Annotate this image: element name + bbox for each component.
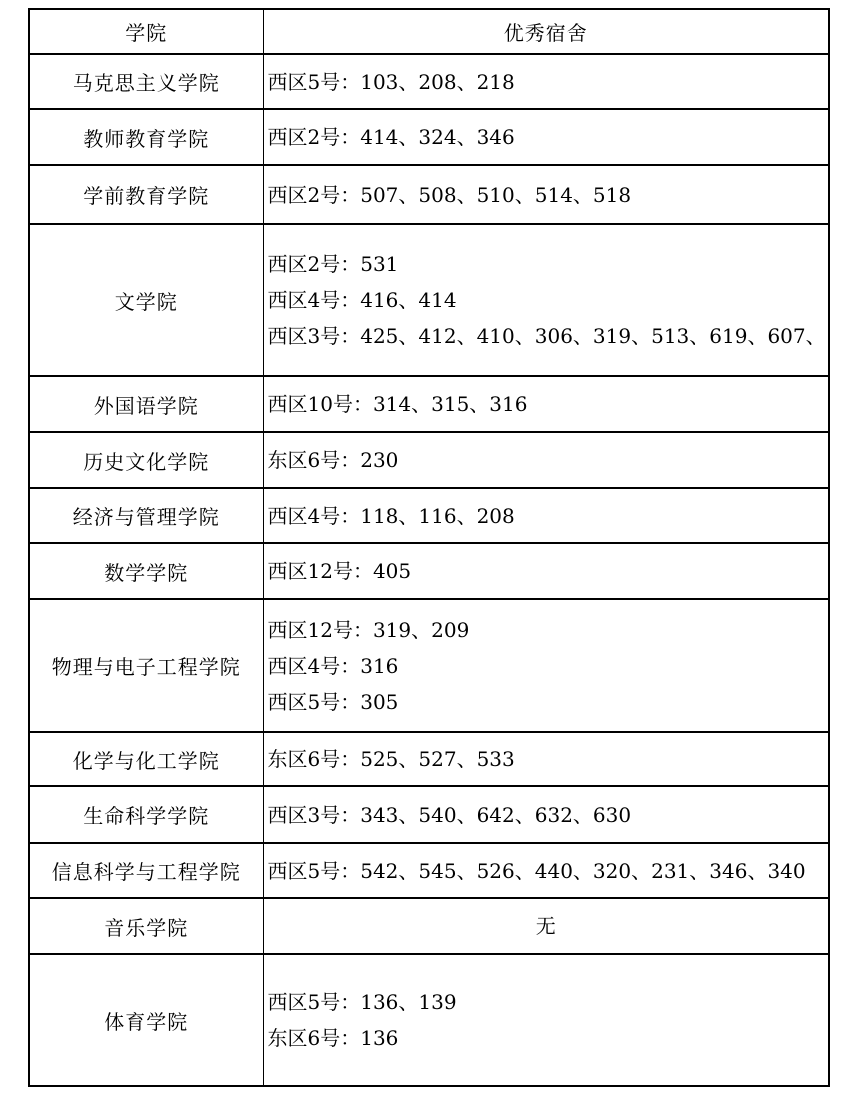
table-row: 教师教育学院西区2号：414、324、346 xyxy=(29,109,829,165)
dorm-cell: 西区2号：414、324、346 xyxy=(263,109,829,165)
college-cell: 马克思主义学院 xyxy=(29,54,263,109)
college-cell: 信息科学与工程学院 xyxy=(29,843,263,898)
dorm-cell: 无 xyxy=(263,898,829,954)
college-cell: 外国语学院 xyxy=(29,376,263,432)
table-row: 物理与电子工程学院西区12号：319、209西区4号：316西区5号：305 xyxy=(29,599,829,732)
dorm-cell: 西区5号：542、545、526、440、320、231、346、340 xyxy=(263,843,829,898)
dorm-column-header: 优秀宿舍 xyxy=(263,9,829,54)
dorm-cell: 西区3号：343、540、642、632、630 xyxy=(263,786,829,843)
table-row: 马克思主义学院西区5号：103、208、218 xyxy=(29,54,829,109)
college-cell: 文学院 xyxy=(29,224,263,376)
dorm-line: 西区4号：118、116、208 xyxy=(268,498,829,534)
dorm-cell: 东区6号：230 xyxy=(263,432,829,488)
college-cell: 化学与化工学院 xyxy=(29,732,263,786)
table-row: 外国语学院西区10号：314、315、316 xyxy=(29,376,829,432)
dorm-line: 西区5号：103、208、218 xyxy=(268,64,829,100)
dorm-line: 西区5号：305 xyxy=(268,684,829,720)
table-row: 生命科学学院西区3号：343、540、642、632、630 xyxy=(29,786,829,843)
table-row: 经济与管理学院西区4号：118、116、208 xyxy=(29,488,829,543)
dorm-cell: 西区4号：118、116、208 xyxy=(263,488,829,543)
dorm-cell: 西区5号：136、139东区6号：136 xyxy=(263,954,829,1086)
dorm-cell: 西区12号：319、209西区4号：316西区5号：305 xyxy=(263,599,829,732)
dorm-line: 西区3号：343、540、642、632、630 xyxy=(268,797,829,833)
dorm-cell: 东区6号：525、527、533 xyxy=(263,732,829,786)
college-cell: 学前教育学院 xyxy=(29,165,263,224)
dorm-line: 西区2号：414、324、346 xyxy=(268,119,829,155)
table-row: 化学与化工学院东区6号：525、527、533 xyxy=(29,732,829,786)
table-row: 数学学院西区12号：405 xyxy=(29,543,829,599)
dorm-cell: 西区10号：314、315、316 xyxy=(263,376,829,432)
table-row: 历史文化学院东区6号：230 xyxy=(29,432,829,488)
college-cell: 音乐学院 xyxy=(29,898,263,954)
dorm-line: 西区2号：531 xyxy=(268,246,829,282)
table-row: 文学院西区2号：531西区4号：416、414西区3号：425、412、410、… xyxy=(29,224,829,376)
dorm-line: 西区4号：316 xyxy=(268,648,829,684)
dorm-line: 无 xyxy=(264,908,829,944)
college-cell: 经济与管理学院 xyxy=(29,488,263,543)
college-cell: 教师教育学院 xyxy=(29,109,263,165)
excellent-dorm-table: 学院 优秀宿舍 马克思主义学院西区5号：103、208、218教师教育学院西区2… xyxy=(28,8,830,1087)
dorm-line: 西区12号：405 xyxy=(268,553,829,589)
dorm-line: 西区12号：319、209 xyxy=(268,612,829,648)
dorm-line: 东区6号：136 xyxy=(268,1020,829,1056)
dorm-line: 西区4号：416、414 xyxy=(268,282,829,318)
dorm-line: 西区3号：425、412、410、306、319、513、619、607、104 xyxy=(268,318,829,354)
dorm-cell: 西区5号：103、208、218 xyxy=(263,54,829,109)
dorm-cell: 西区12号：405 xyxy=(263,543,829,599)
document-page: 学院 优秀宿舍 马克思主义学院西区5号：103、208、218教师教育学院西区2… xyxy=(0,0,853,1098)
dorm-line: 西区2号：507、508、510、514、518 xyxy=(268,177,829,213)
college-cell: 物理与电子工程学院 xyxy=(29,599,263,732)
dorm-line: 东区6号：230 xyxy=(268,442,829,478)
college-cell: 数学学院 xyxy=(29,543,263,599)
table-row: 音乐学院无 xyxy=(29,898,829,954)
dorm-line: 西区5号：136、139 xyxy=(268,984,829,1020)
table-row: 学前教育学院西区2号：507、508、510、514、518 xyxy=(29,165,829,224)
college-column-header: 学院 xyxy=(29,9,263,54)
table-row: 体育学院西区5号：136、139东区6号：136 xyxy=(29,954,829,1086)
table-row: 信息科学与工程学院西区5号：542、545、526、440、320、231、34… xyxy=(29,843,829,898)
header-row: 学院 优秀宿舍 xyxy=(29,9,829,54)
dorm-line: 西区10号：314、315、316 xyxy=(268,386,829,422)
college-cell: 体育学院 xyxy=(29,954,263,1086)
dorm-line: 西区5号：542、545、526、440、320、231、346、340 xyxy=(268,853,829,889)
college-cell: 生命科学学院 xyxy=(29,786,263,843)
dorm-table-body: 马克思主义学院西区5号：103、208、218教师教育学院西区2号：414、32… xyxy=(29,54,829,1086)
dorm-cell: 西区2号：507、508、510、514、518 xyxy=(263,165,829,224)
dorm-cell: 西区2号：531西区4号：416、414西区3号：425、412、410、306… xyxy=(263,224,829,376)
dorm-line: 东区6号：525、527、533 xyxy=(268,741,829,777)
college-cell: 历史文化学院 xyxy=(29,432,263,488)
